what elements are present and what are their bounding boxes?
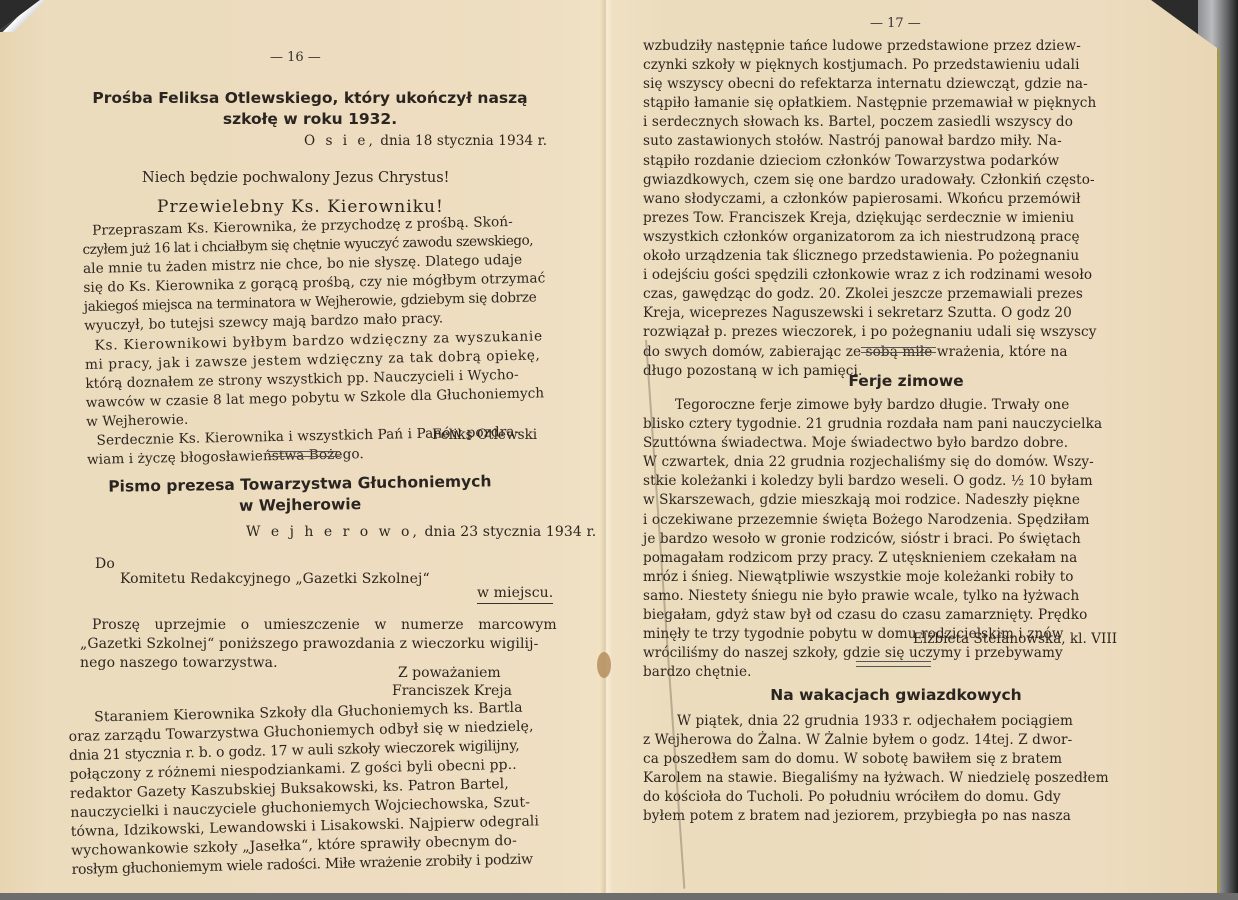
article-title: Ferje zimowe (786, 371, 1026, 392)
paper-stain (597, 652, 611, 678)
report-body: Staraniem Kierownika Szkoły dla Głuchoni… (68, 698, 562, 880)
text-line: je bardzo wesoło w gronie rodziców, siós… (643, 530, 1153, 549)
folded-corner (0, 0, 44, 32)
text-line: Tegoroczne ferje zimowe były bardzo dług… (643, 396, 1153, 415)
article-title: Prośba Feliksa Otlewskiego, który ukończ… (60, 88, 560, 130)
text-line: i serdecznych słowach ks. Bartel, poczem… (643, 113, 1143, 132)
text-line: pomagałam rodzicom przy pracy. Z utęskni… (643, 549, 1153, 568)
text-line: czas, gawędząc do godz. 20. Zkolei jeszc… (643, 285, 1143, 304)
section-divider (268, 451, 340, 457)
text-line: w Skarszewach, gdzie mieszkają moi rodzi… (643, 491, 1153, 510)
closing: Z poważaniem (398, 665, 501, 681)
section-divider (856, 661, 931, 667)
text-line: gwiazdkowych, czem się one bardzo uradow… (643, 171, 1143, 190)
text-line: „Gazetki Szkolnej“ poniższego prawozdani… (80, 635, 554, 654)
dateline-place: O s i e, (304, 133, 376, 149)
text-line: wzbudziły następnie tańce ludowe przedst… (643, 37, 1143, 56)
text-line: prezes Tow. Franciszek Kreja, dziękując … (643, 209, 1143, 228)
book-spread: — 16 — Prośba Feliksa Otlewskiego, który… (0, 0, 1238, 900)
closing-name: Franciszek Kreja (392, 683, 512, 699)
article-body: W piątek, dnia 22 grudnia 1933 r. odjech… (643, 712, 1153, 827)
dateline: W e j h e r o w o, dnia 23 stycznia 1934… (246, 523, 596, 542)
title-line: Prośba Feliksa Otlewskiego, który ukończ… (60, 88, 560, 109)
title-line: szkołę w roku 1932. (60, 109, 560, 130)
text-line: mróz i śnieg. Niewątpliwie wszystkie moj… (643, 568, 1153, 587)
text-line: W czwartek, dnia 22 grudnia rozjechaliśm… (643, 453, 1153, 472)
text-line: biegałam, gdyż staw był od czasu do czas… (643, 606, 1153, 625)
text-line: W piątek, dnia 22 grudnia 1933 r. odjech… (643, 712, 1153, 731)
text-line: i oczekiwane przezemnie święta Bożego Na… (643, 511, 1153, 530)
dateline-date: dnia 18 stycznia 1934 r. (380, 133, 547, 149)
signature: Elżbieta Stefanowska, kl. VIII (913, 631, 1117, 647)
text-line: Proszę uprzejmie o umieszczenie w numerz… (80, 616, 554, 635)
text-line: ca poszedłem sam do domu. W sobotę bawił… (643, 750, 1153, 769)
dateline-place: W e j h e r o w o, (246, 524, 420, 540)
salutation: Niech będzie pochwalony Jezus Chrystus! (142, 170, 449, 186)
address-location: w miejscu. (477, 584, 553, 604)
bottom-edge (0, 893, 1238, 900)
text-line: suto zastawionych stołów. Nastrój panowa… (643, 132, 1143, 151)
dateline-date: dnia 23 stycznia 1934 r. (424, 524, 596, 540)
text-line: do kościoła do Tucholi. Po południu wróc… (643, 788, 1153, 807)
signature: Feliks Otlewski (432, 427, 537, 443)
section-divider (861, 347, 936, 353)
article-title: Pismo prezesa Towarzystwa Głuchoniemych … (70, 471, 531, 519)
text-line: stkie koleżanki i koledzy byli bardzo we… (643, 472, 1153, 491)
text-line: wano słodyczami, a członków papierosami.… (643, 190, 1143, 209)
text-line: wszystkich członków organizatorom za ich… (643, 228, 1143, 247)
text-line: Karolem na stawie. Biegaliśmy na łyżwach… (643, 769, 1153, 788)
text-line: Szuttówna świadectwa. Moje świadectwo by… (643, 434, 1153, 453)
address-to: Do (95, 555, 115, 574)
right-page: — 17 — wzbudziły następnie tańce ludowe … (606, 0, 1220, 895)
text-line: z Wejherowa do Żalna. W Żalnie byłem o g… (643, 731, 1153, 750)
text-line: czynki szkoły w pięknych kostjumach. Po … (643, 56, 1143, 75)
article-title: Na wakacjach gwiazdkowych (726, 685, 1066, 706)
text-line: stąpiło rozdanie dzieciom członków Towar… (643, 152, 1143, 171)
text-line: Kreja, wiceprezes Naguszewski i sekretar… (643, 304, 1143, 323)
book-spine (600, 0, 612, 895)
text-line: i odejściu gości spędzili członkowie wra… (643, 266, 1143, 285)
text-line: stąpiło łamanie się opłatkiem. Następnie… (643, 94, 1143, 113)
left-page: — 16 — Prośba Feliksa Otlewskiego, który… (0, 0, 606, 895)
page-number: — 17 — (870, 16, 921, 31)
text-line: samo. Niestety śniegu nie było prawie wc… (643, 587, 1153, 606)
text-line: rozwiązał p. prezes wieczorek, i po poże… (643, 323, 1143, 342)
text-line: się wszyscy obecni do refektarza interna… (643, 75, 1143, 94)
continuation-body: wzbudziły następnie tańce ludowe przedst… (643, 37, 1143, 381)
dateline: O s i e, dnia 18 stycznia 1934 r. (304, 132, 547, 151)
salutation-address: Przewielebny Ks. Kierowniku! (157, 197, 444, 217)
text-line: blisko cztery tygodnie. 21 grudnia rozda… (643, 415, 1153, 434)
text-line: około urządzenia tak ślicznego przedstaw… (643, 247, 1143, 266)
address-recipient: Komitetu Redakcyjnego „Gazetki Szkolnej“ (120, 570, 430, 589)
page-number: — 16 — (270, 50, 321, 65)
text-line: byłem potem z bratem nad jeziorem, przyb… (643, 807, 1153, 826)
